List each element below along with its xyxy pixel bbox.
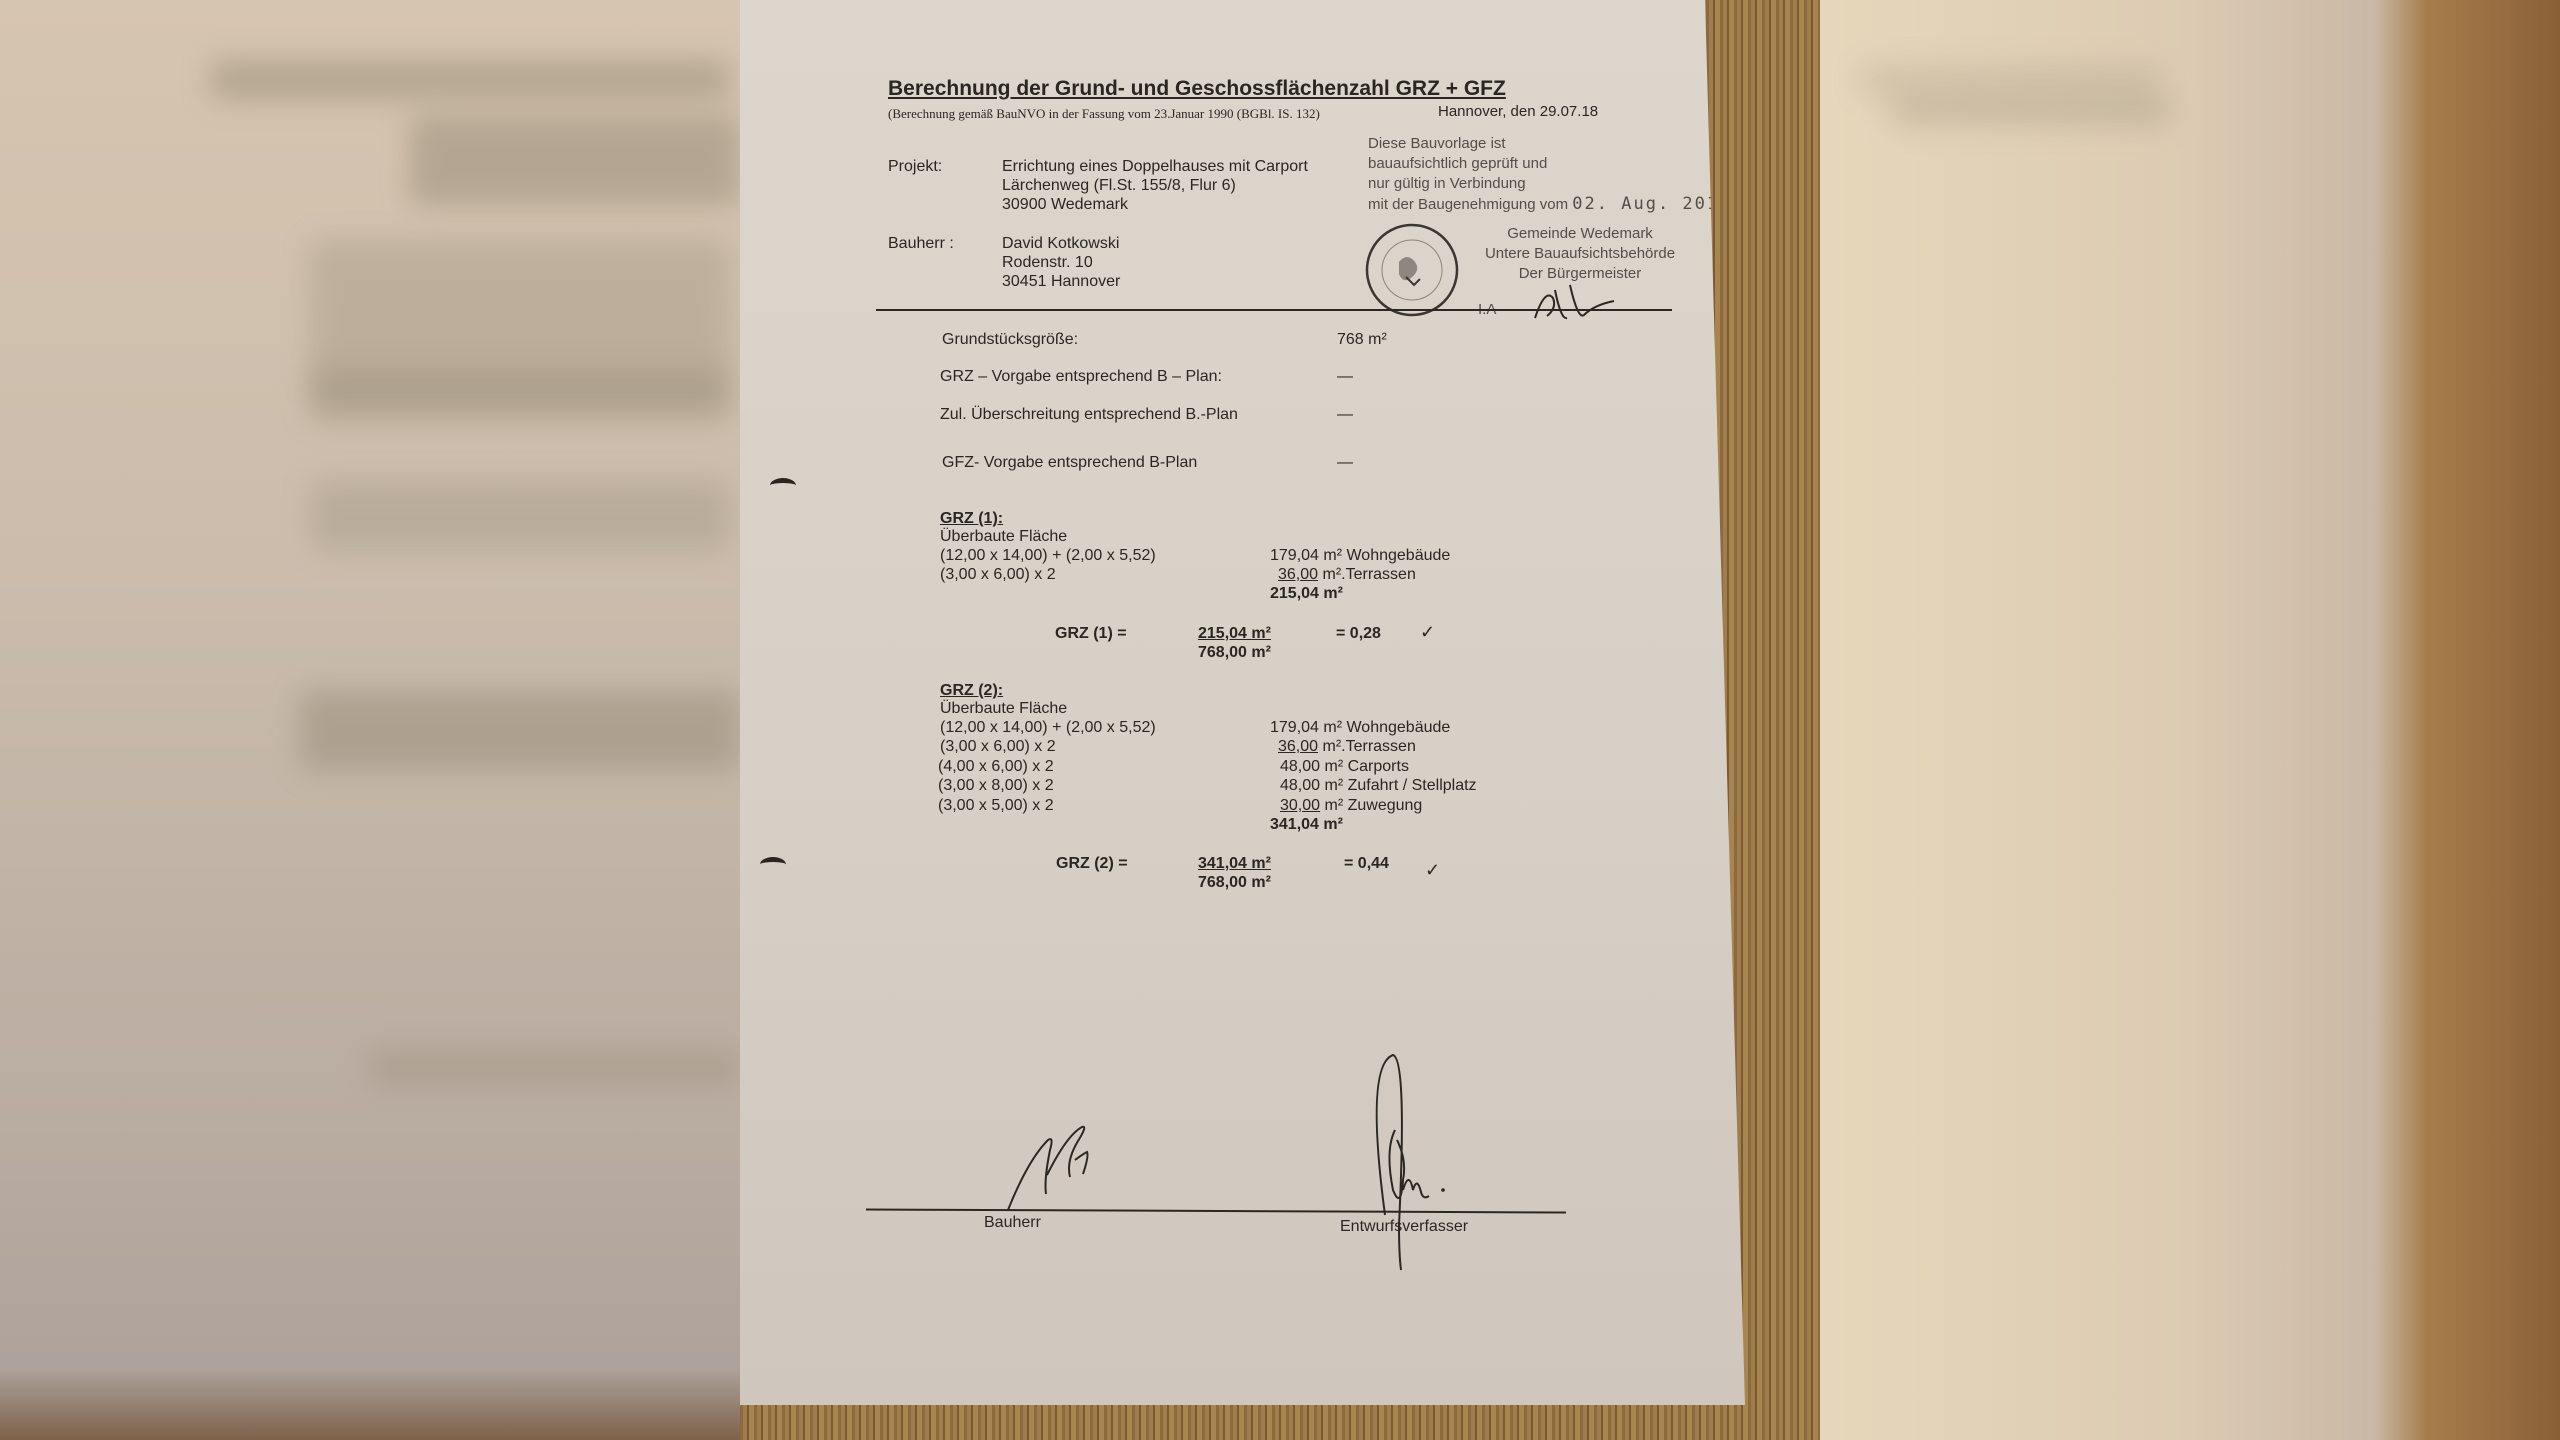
grz2-total: 341,04 m²	[1270, 816, 1343, 834]
param-value: —	[1337, 454, 1353, 472]
authority-block: Gemeinde Wedemark Untere Bauaufsichtsbeh…	[1475, 224, 1685, 284]
grz2-area-row: 30,00 m² Zuwegung	[1280, 797, 1422, 815]
builder-signature-label: Bauherr	[984, 1214, 1041, 1232]
blurred-text	[310, 240, 730, 390]
grz2-area-row: 179,04 m² Wohngebäude	[1270, 719, 1450, 737]
grz2-formula: (3,00 x 6,00) x 2	[940, 738, 1056, 756]
grz2-heading: GRZ (2):	[940, 682, 1003, 700]
punch-hole-mark	[760, 857, 786, 872]
official-signature-icon	[1530, 280, 1620, 325]
param-value: —	[1337, 368, 1353, 386]
project-label: Projekt:	[888, 158, 942, 176]
grz1-area-row: 36,00 m².Terrassen	[1270, 566, 1416, 584]
authority-line: Gemeinde Wedemark	[1475, 224, 1685, 244]
authority-line: Untere Bauaufsichtsbehörde	[1475, 244, 1685, 264]
grz1-result: = 0,28	[1336, 625, 1381, 643]
builder-label: Bauherr :	[888, 235, 954, 253]
grz2-area-row: 36,00 m².Terrassen	[1270, 738, 1416, 756]
param-value: —	[1337, 406, 1353, 424]
stamp-line: Diese Bauvorlage ist	[1368, 134, 1731, 154]
grz1-area-row: 179,04 m² Wohngebäude	[1270, 547, 1450, 565]
builder-line: 30451 Hannover	[1002, 273, 1120, 291]
builder-signature-icon	[1005, 1120, 1125, 1215]
approval-date: 02. Aug. 2011	[1572, 194, 1731, 214]
grz2-formula: (4,00 x 6,00) x 2	[938, 758, 1054, 776]
param-label: Grundstücksgröße:	[942, 331, 1078, 349]
paper-sheet: Berechnung der Grund- und Geschossfläche…	[740, 0, 1750, 1405]
grz2-formula: (3,00 x 8,00) x 2	[938, 777, 1054, 795]
blurred-background-left	[0, 0, 740, 1440]
grz1-subheading: Überbaute Fläche	[940, 528, 1067, 546]
param-label: GFZ- Vorgabe entsprechend B-Plan	[942, 454, 1197, 472]
project-line: Errichtung eines Doppelhauses mit Carpor…	[1002, 158, 1308, 176]
grz1-denominator: 768,00 m²	[1198, 644, 1271, 662]
blurred-text	[310, 370, 730, 420]
builder-line: David Kotkowski	[1002, 235, 1119, 253]
grz2-formula: (12,00 x 14,00) + (2,00 x 5,52)	[940, 719, 1156, 737]
grz1-eq-label: GRZ (1) =	[1055, 625, 1127, 643]
grz1-formula: (12,00 x 14,00) + (2,00 x 5,52)	[940, 547, 1156, 565]
param-label: Zul. Überschreitung entsprechend B.-Plan	[940, 406, 1238, 424]
grz2-area-row: 48,00 m² Zufahrt / Stellplatz	[1280, 777, 1477, 795]
param-value: 768 m²	[1337, 331, 1387, 349]
stamp-line: nur gültig in Verbindung	[1368, 174, 1731, 194]
grz1-numerator: 215,04 m²	[1198, 625, 1271, 643]
document-photo: Berechnung der Grund- und Geschossfläche…	[740, 0, 1820, 1440]
blurred-text	[410, 115, 740, 205]
project-line: Lärchenweg (Fl.St. 155/8, Flur 6)	[1002, 177, 1236, 195]
blurred-text	[1890, 95, 2170, 125]
blurred-text	[300, 690, 740, 770]
blurred-text	[210, 60, 730, 100]
grz2-area-row: 48,00 m² Carports	[1280, 758, 1409, 776]
document-title: Berechnung der Grund- und Geschossfläche…	[888, 80, 1506, 98]
grz2-subheading: Überbaute Fläche	[940, 700, 1067, 718]
official-seal-icon	[1364, 222, 1464, 322]
place-date: Hannover, den 29.07.18	[1438, 103, 1598, 121]
grz2-formula: (3,00 x 5,00) x 2	[938, 797, 1054, 815]
grz1-formula: (3,00 x 6,00) x 2	[940, 566, 1056, 584]
blurred-text	[1860, 65, 2160, 95]
grz2-eq-label: GRZ (2) =	[1056, 855, 1128, 873]
stamp-line: mit der Baugenehmigung vom 02. Aug. 2011	[1368, 194, 1731, 215]
grz2-numerator: 341,04 m²	[1198, 855, 1271, 873]
approval-stamp-text: Diese Bauvorlage ist bauaufsichtlich gep…	[1368, 134, 1731, 215]
check-mark-icon: ✓	[1420, 622, 1435, 643]
blurred-text	[370, 1050, 740, 1085]
blurred-text	[310, 480, 730, 550]
check-mark-icon: ✓	[1425, 860, 1440, 881]
header-divider	[876, 309, 1672, 311]
document-subtitle: (Berechnung gemäß BauNVO in der Fassung …	[888, 105, 1320, 123]
grz1-total: 215,04 m²	[1270, 585, 1343, 603]
grz2-result: = 0,44	[1344, 855, 1389, 873]
stamp-line: bauaufsichtlich geprüft und	[1368, 154, 1731, 174]
param-label: GRZ – Vorgabe entsprechend B – Plan:	[940, 368, 1222, 386]
grz1-heading: GRZ (1):	[940, 510, 1003, 528]
builder-line: Rodenstr. 10	[1002, 254, 1093, 272]
grz2-denominator: 768,00 m²	[1198, 874, 1271, 892]
designer-signature-label: Entwurfsverfasser	[1340, 1218, 1468, 1236]
punch-hole-mark	[770, 478, 796, 493]
project-line: 30900 Wedemark	[1002, 196, 1128, 214]
blurred-background-right	[1820, 0, 2560, 1440]
